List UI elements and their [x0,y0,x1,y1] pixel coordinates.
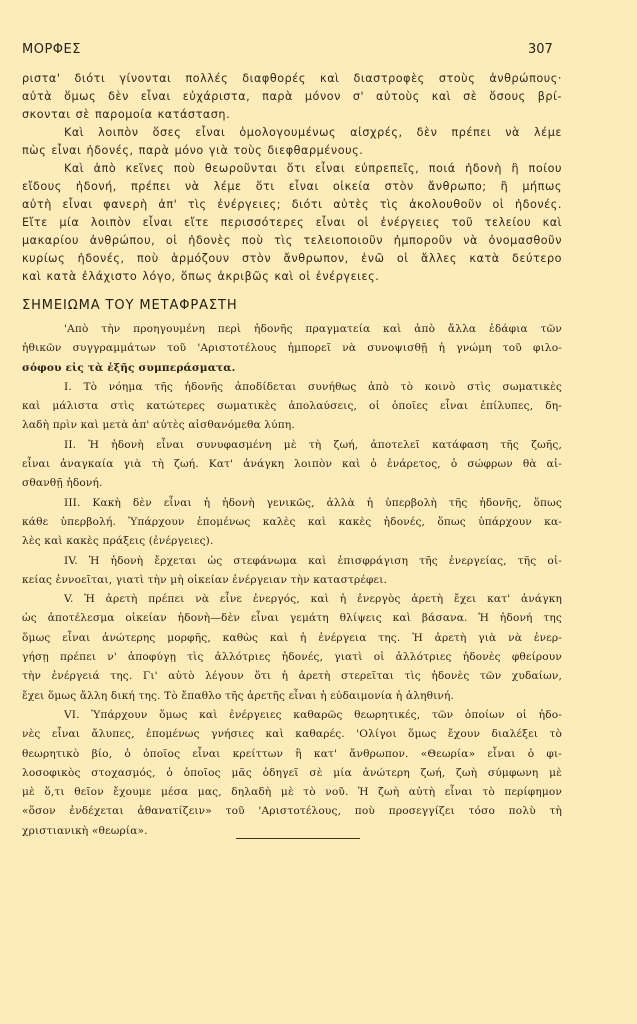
note-line: γήσῃ πρέπει ν' ἀποφύγῃ τὶς ἀλλότριες ἡδο… [22,648,562,667]
translator-note-heading: ΣΗΜΕΙΩΜΑ ΤΟΥ ΜΕΤΑΦΡΑΣΤΗ [22,298,238,313]
book-page: ΜΟΡΦΕΣ 307 ριστα' διότι γίνονται πολλές … [0,0,637,1024]
end-rule-divider [236,838,360,839]
note-line: III. Κακὴ δὲν εἶναι ἡ ἡδονὴ γενικῶς, ἀλλ… [22,494,562,513]
note-line: ἠθικῶν συγγραμμάτων τοῦ 'Αριστοτέλους ἠμ… [22,339,562,358]
text-line: Καὶ λοιπὸν ὅσες εἶναι ὁμολογουμένως αἰσχ… [22,124,562,142]
running-title: ΜΟΡΦΕΣ [22,42,81,57]
text-line: μακαρίου ἀνθρώπου, οἱ ἡδονὲς ποὺ τὶς τελ… [22,232,562,250]
note-line: κάθε ὑπερβολή. Ὑπάρχουν ἑπομένως καλὲς κ… [22,513,562,532]
note-line: ὡς ἀποτέλεσμα οἰκείαν ἡδονὴ—δὲν εἶναι γε… [22,609,562,628]
text-line: εἴδους ἡδονή, πρέπει νὰ λέμε ὅτι εἶναι ο… [22,178,562,196]
note-line: καὶ μάλιστα στὶς κατώτερες σωματικὲς ἀπο… [22,397,562,416]
note-line: IV. Ἡ ἡδονὴ ἔρχεται ὡς στεφάνωμα καὶ ἐπι… [22,552,562,571]
note-line: VI. Ὑπάρχουν ὅμως καὶ ἐνέργειες καθαρῶς … [22,706,562,725]
text-line: κυρίως ἡδονές, ποὺ ἁρμόζουν στὸν ἄνθρωπο… [22,250,562,268]
note-line: σθανθῇ ἡδονή. [22,474,562,493]
note-line: νὲς εἶναι ἄλυπες, ἑπομένως γνήσιες καὶ κ… [22,725,562,744]
text-line: Καὶ ἀπὸ κεῖνες ποὺ θεωροῦνται ὅτι εἶναι … [22,160,562,178]
note-line: ὅμως εἶναι ἀνώτερης μορφῆς, καθὼς καὶ ἡ … [22,629,562,648]
note-line: V. Ἡ ἀρετὴ πρέπει νὰ εἶνε ἐνεργός, καὶ ἡ… [22,590,562,609]
page-number: 307 [528,42,553,57]
note-line: λοσοφικὸς στοχασμός, ὁ ὁποῖος μᾶς ὁδηγεῖ… [22,764,562,783]
note-line: μὲ ὅ,τι θεῖον ἔχουμε μέσα μας, δηλαδὴ μὲ… [22,783,562,802]
note-line: I. Τὸ νόημα τῆς ἡδονῆς ἀποδίδεται συνήθω… [22,378,562,397]
main-text: ριστα' διότι γίνονται πολλές διαφθορές κ… [22,70,562,286]
note-line: 'Απὸ τὴν προηγουμένη περὶ ἡδονῆς πραγματ… [22,320,562,339]
note-line: «ὅσον ἐνδέχεται ἀθανατίζειν» τοῦ 'Αριστο… [22,802,562,821]
note-line: λαδὴ πρὶν καὶ μετὰ ἀπ' αὐτὲς αἰσθανόμεθα… [22,416,562,435]
text-line: πὼς εἶναι ἡδονές, παρὰ μόνο γιὰ τοὺς διε… [22,142,562,160]
text-line: αὐτὰ ὅμως δὲν εἶναι εὐχάριστα, παρὰ μόνο… [22,88,562,106]
note-line: εἶναι ἀναγκαία γιὰ τὴ ζωή. Κατ' ἀνάγκη λ… [22,455,562,474]
text-line: Εἴτε μία λοιπὸν εἶναι εἴτε περισσότερες … [22,214,562,232]
text-line: ριστα' διότι γίνονται πολλές διαφθορές κ… [22,70,562,88]
note-line: II. Ἡ ἡδονὴ εἶναι συνυφασμένη μὲ τὴ ζωή,… [22,436,562,455]
text-line: καὶ κατὰ ἐλάχιστο λόγο, ὅπως ἀκριβῶς καὶ… [22,268,562,286]
text-line: αὐτὴ εἶναι φανερὴ ἀπ' τὶς ἐνέργειες; διό… [22,196,562,214]
note-line: θεωρητικὸ βίο, ὁ ὁποῖος εἶναι κρείττων ἢ… [22,745,562,764]
text-line: σκονται σὲ παρομοία κατάσταση. [22,106,562,124]
translator-note-text: 'Απὸ τὴν προηγουμένη περὶ ἡδονῆς πραγματ… [22,320,562,841]
note-line: σόφου εἰς τὰ ἑξῆς συμπεράσματα. [22,359,562,378]
note-line: κείας ἐννοεῖται, γιατὶ τὴν μὴ οἰκείαν ἐν… [22,571,562,590]
note-line: τὴν ἐνέργειά της. Γι' αὐτὸ λέγουν ὅτι ἡ … [22,667,562,686]
note-line: ἔχει ὅμως ἄλλη δική της. Τὸ ἔπαθλο τῆς ἀ… [22,687,562,706]
note-line: λὲς καὶ κακὲς πράξεις (ἐνέργειες). [22,532,562,551]
